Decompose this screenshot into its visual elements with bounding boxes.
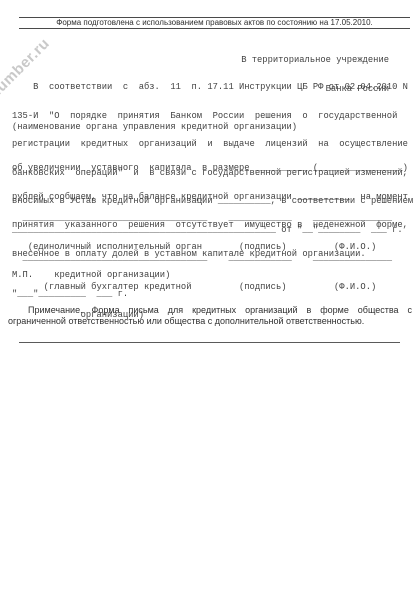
form-page: { "watermark": { "text": "NoNumber.ru" }… [0,0,420,600]
paragraph-line: В соответствии с абз. 11 п. 17.11 Инстру… [12,83,413,93]
date-blank: "___"_________ ___ г. [12,290,128,300]
signature-underlines: ___________________________________ ____… [12,214,392,224]
legal-acts-notice-bar: Форма подготовлена с использованием прав… [19,17,410,29]
note-paragraph: Примечание. Форма письма для кредитных о… [8,305,412,326]
org-name-caption: (наименование органа управления кредитно… [12,123,297,133]
signature-underlines: ___________________________________ ____… [12,254,392,264]
paragraph-line: 135-И "О порядке принятия Банком России … [12,112,413,122]
paragraph-line: об увеличении уставного капитала в разме… [12,164,408,174]
stamp-place-label: М.П. [12,271,33,281]
bottom-divider [19,342,400,343]
